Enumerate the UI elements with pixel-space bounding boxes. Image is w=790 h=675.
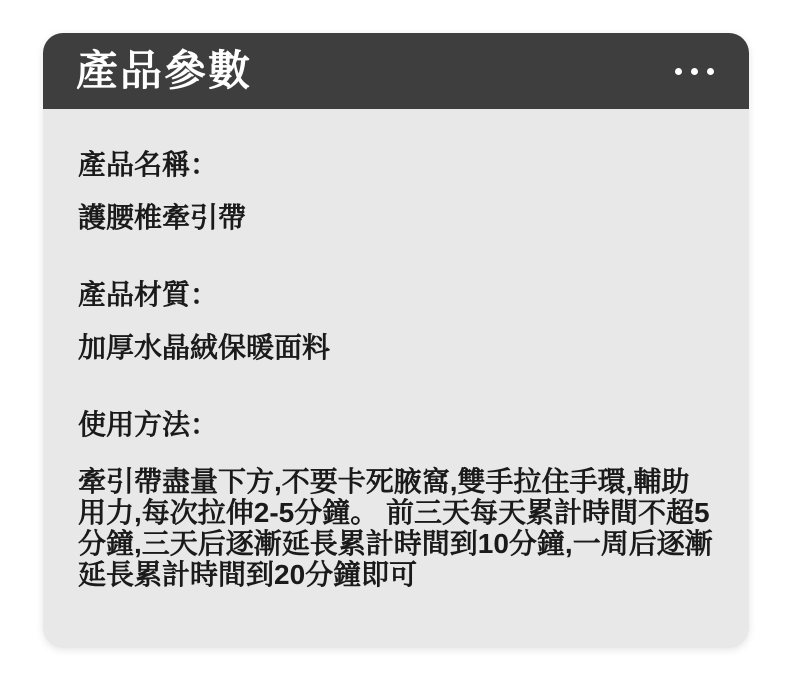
ellipsis-icon[interactable] [675, 62, 714, 81]
product-name-label: 產品名稱： [78, 149, 714, 181]
usage-method-label: 使用方法： [78, 409, 714, 441]
product-material-label: 產品材質： [78, 279, 714, 311]
page-background: 產品參數 產品名稱： 護腰椎牽引帶 產品材質： 加厚水晶絨保暖面料 使用方法： … [0, 0, 790, 675]
product-name-value: 護腰椎牽引帶 [78, 202, 714, 234]
ellipsis-dot [691, 68, 698, 75]
card-title: 產品參數 [76, 50, 252, 92]
product-params-card: 產品參數 產品名稱： 護腰椎牽引帶 產品材質： 加厚水晶絨保暖面料 使用方法： … [43, 33, 749, 648]
usage-method-text: 牽引帶盡量下方,不要卡死腋窩,雙手拉住手環,輔助用力,每次拉伸2-5分鐘。 前三… [78, 466, 714, 590]
card-body: 產品名稱： 護腰椎牽引帶 產品材質： 加厚水晶絨保暖面料 使用方法： 牽引帶盡量… [43, 109, 749, 648]
ellipsis-dot [675, 68, 682, 75]
card-header: 產品參數 [43, 33, 749, 109]
ellipsis-dot [707, 68, 714, 75]
product-material-value: 加厚水晶絨保暖面料 [78, 332, 714, 364]
